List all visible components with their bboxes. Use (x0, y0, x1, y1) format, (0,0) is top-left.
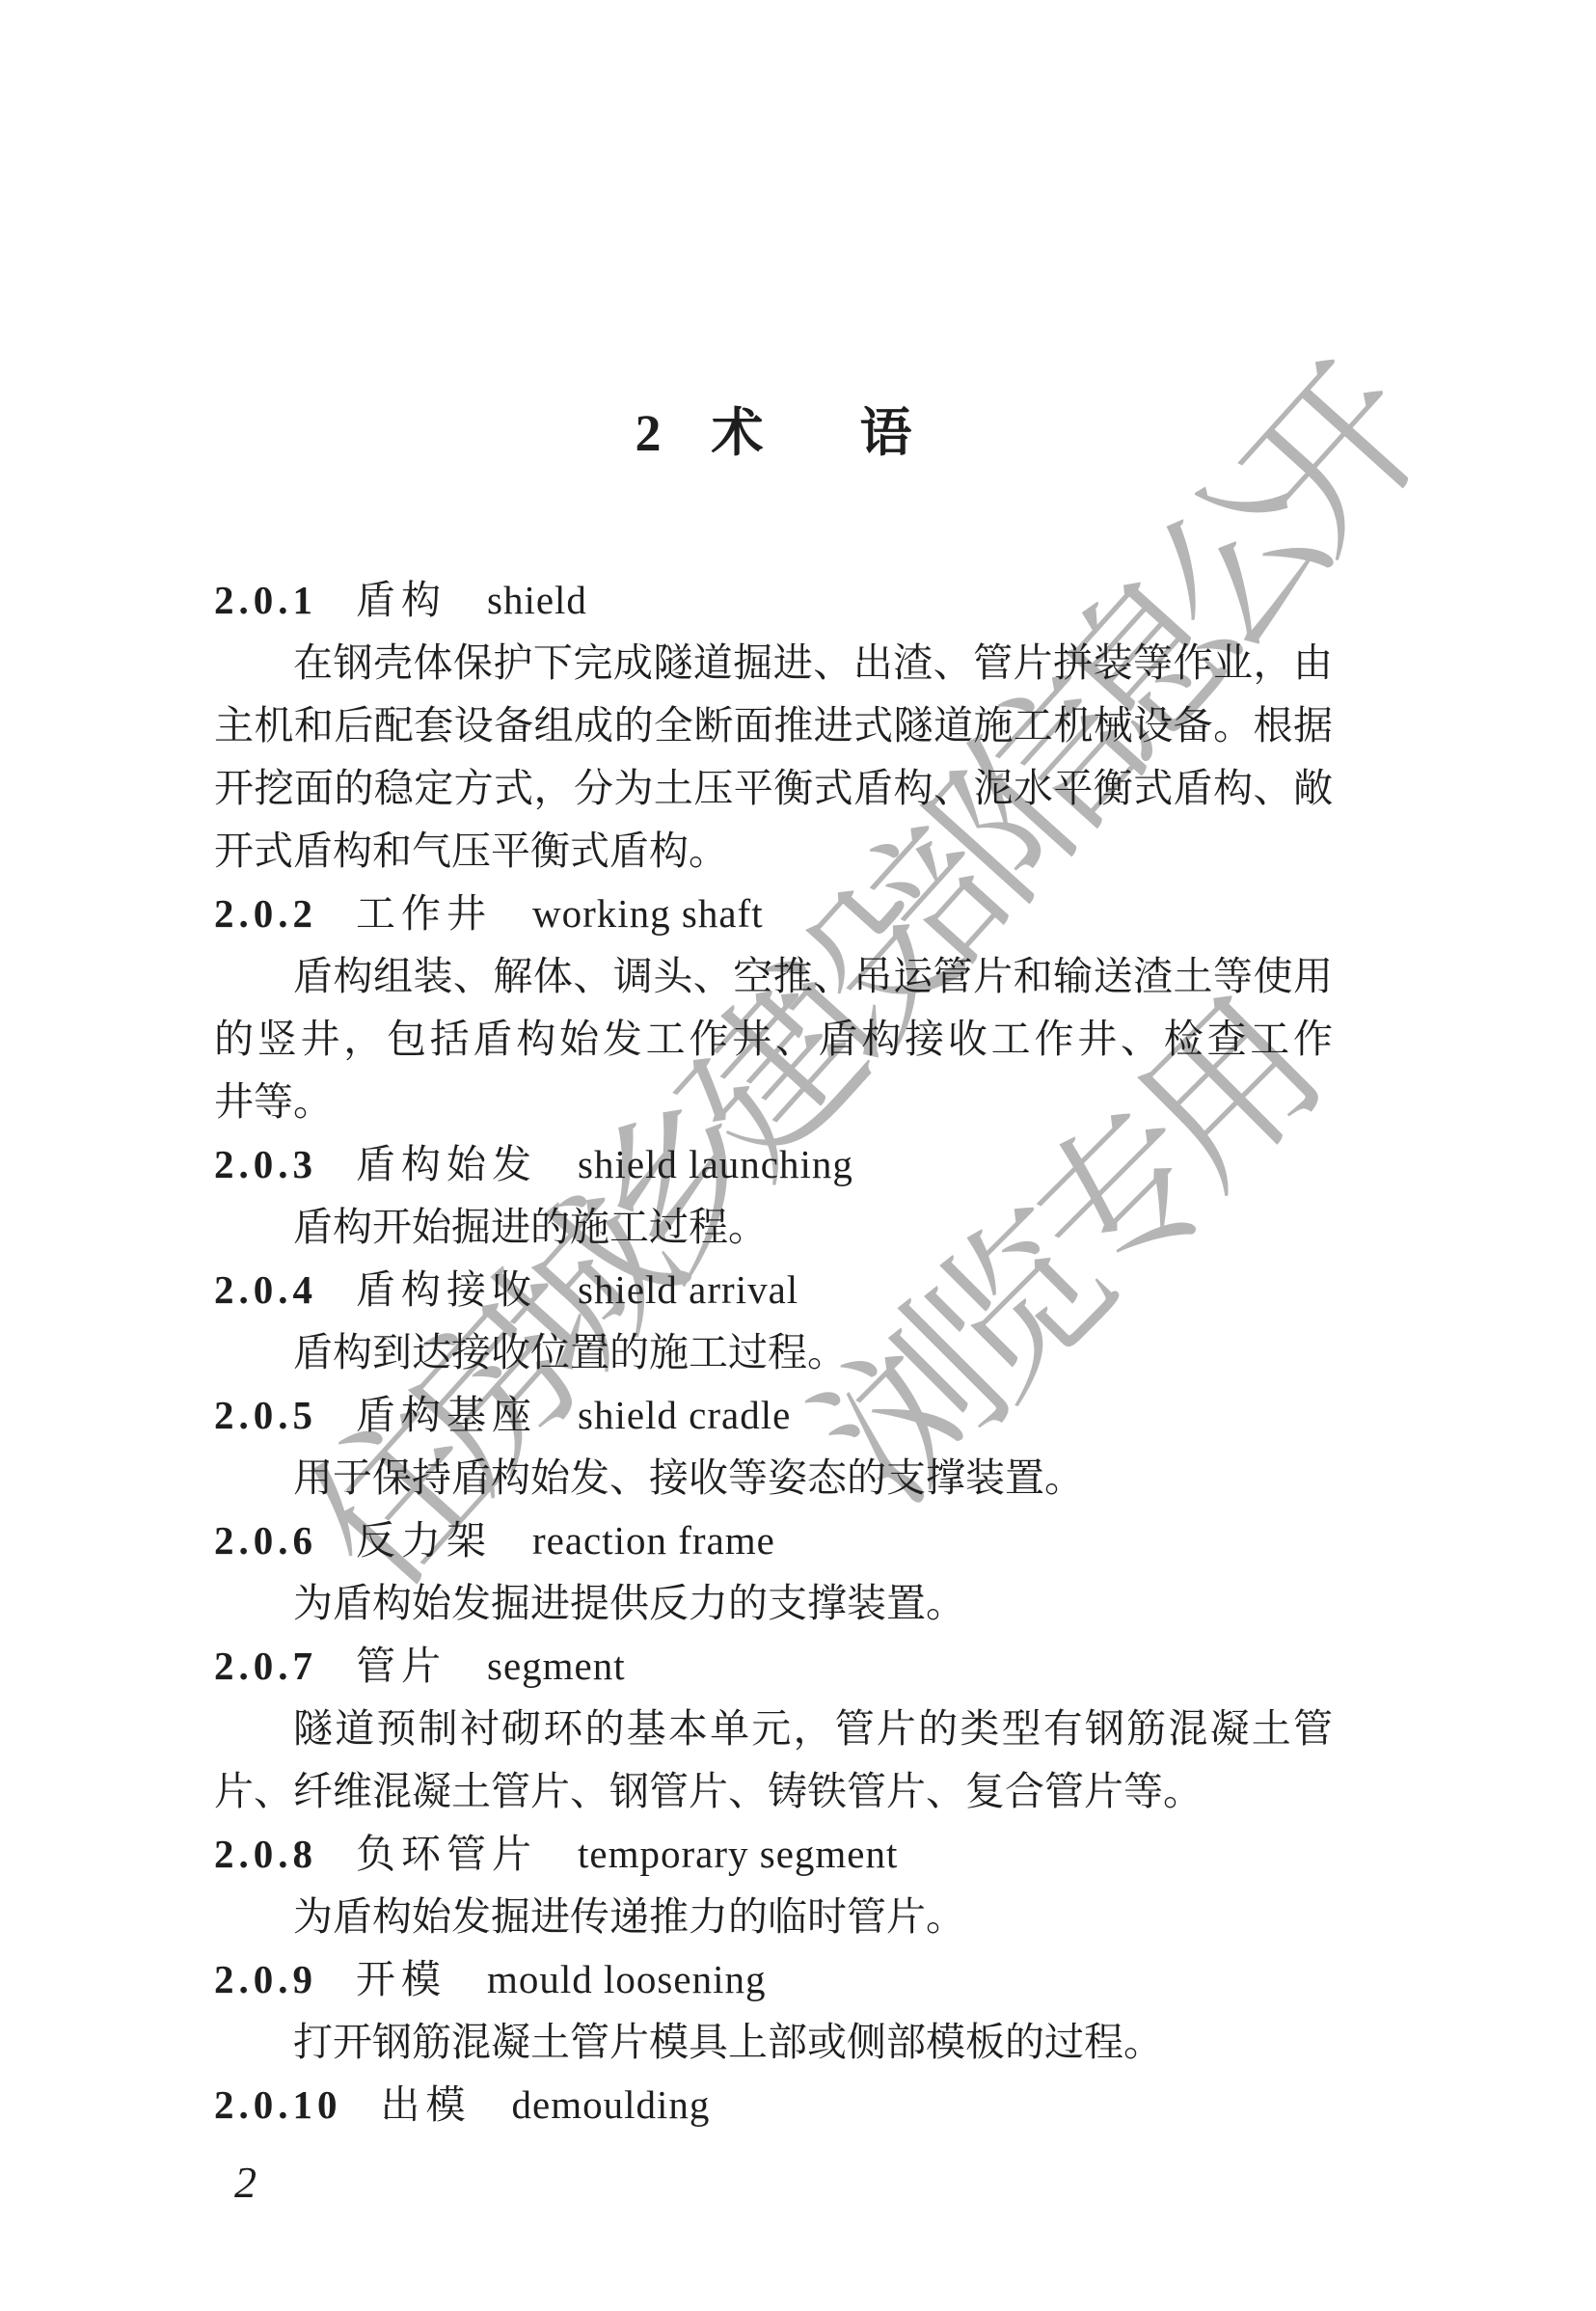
term-chinese: 开模 (356, 1948, 446, 2011)
definition-line: 的竖井，包括盾构始发工作井、盾构接收工作井、检查工作 (214, 1008, 1333, 1071)
term-section: 2.0.3 盾构始发 shield launching 盾构开始掘进的施工过程。 (214, 1133, 1333, 1259)
term-heading: 2.0.8 负环管片 temporary segment (214, 1823, 1333, 1886)
definition-line: 开式盾构和气压平衡式盾构。 (214, 820, 1333, 883)
term-heading: 2.0.9 开模 mould loosening (214, 1948, 1333, 2011)
definition-line: 在钢壳体保护下完成隧道掘进、出渣、管片拼装等作业，由 (214, 632, 1333, 694)
term-chinese: 反力架 (356, 1509, 492, 1572)
term-section: 2.0.4 盾构接收 shield arrival 盾构到达接收位置的施工过程。 (214, 1259, 1333, 1384)
term-english: shield (487, 569, 587, 632)
chapter-title-char-2: 语 (860, 401, 912, 465)
term-english: segment (487, 1635, 626, 1698)
term-english: temporary segment (578, 1823, 898, 1886)
section-number: 2.0.9 (214, 1948, 317, 2011)
section-number: 2.0.6 (214, 1509, 317, 1572)
definition-line: 盾构开始掘进的施工过程。 (214, 1196, 1333, 1259)
term-heading: 2.0.5 盾构基座 shield cradle (214, 1384, 1333, 1447)
term-chinese: 盾构接收 (356, 1259, 537, 1321)
term-english: demoulding (512, 2074, 711, 2136)
term-chinese: 工作井 (356, 883, 492, 945)
definition-line: 隧道预制衬砌环的基本单元，管片的类型有钢筋混凝土管 (214, 1698, 1333, 1760)
term-chinese: 盾构 (356, 569, 446, 632)
term-chinese: 盾构始发 (356, 1133, 537, 1196)
term-section: 2.0.1 盾构 shield 在钢壳体保护下完成隧道掘进、出渣、管片拼装等作业… (214, 569, 1333, 883)
term-chinese: 管片 (356, 1635, 446, 1698)
term-section: 2.0.2 工作井 working shaft 盾构组装、解体、调头、空推、吊运… (214, 883, 1333, 1133)
definition-line: 盾构组装、解体、调头、空推、吊运管片和输送渣土等使用 (214, 945, 1333, 1008)
section-number: 2.0.1 (214, 569, 317, 632)
term-english: shield launching (578, 1133, 853, 1196)
term-chinese: 盾构基座 (356, 1384, 537, 1447)
page-number: 2 (234, 2159, 257, 2207)
term-heading: 2.0.10 出模 demoulding (214, 2074, 1333, 2136)
term-english: working shaft (532, 883, 764, 945)
chapter-title: 2 术 语 (214, 401, 1333, 465)
term-heading: 2.0.7 管片 segment (214, 1635, 1333, 1698)
term-section: 2.0.7 管片 segment 隧道预制衬砌环的基本单元，管片的类型有钢筋混凝… (214, 1635, 1333, 1823)
term-english: reaction frame (532, 1509, 775, 1572)
term-section: 2.0.5 盾构基座 shield cradle 用于保持盾构始发、接收等姿态的… (214, 1384, 1333, 1509)
chapter-number: 2 (636, 401, 662, 465)
section-number: 2.0.2 (214, 883, 317, 945)
term-heading: 2.0.1 盾构 shield (214, 569, 1333, 632)
term-heading: 2.0.6 反力架 reaction frame (214, 1509, 1333, 1572)
term-section: 2.0.6 反力架 reaction frame 为盾构始发掘进提供反力的支撑装… (214, 1509, 1333, 1635)
terminology-content: 2.0.1 盾构 shield 在钢壳体保护下完成隧道掘进、出渣、管片拼装等作业… (214, 569, 1333, 2136)
term-english: shield arrival (578, 1259, 798, 1321)
definition-line: 打开钢筋混凝土管片模具上部或侧部模板的过程。 (214, 2011, 1333, 2074)
definition-line: 开挖面的稳定方式，分为土压平衡式盾构、泥水平衡式盾构、敞 (214, 757, 1333, 820)
term-heading: 2.0.2 工作井 working shaft (214, 883, 1333, 945)
definition-line: 主机和后配套设备组成的全断面推进式隧道施工机械设备。根据 (214, 694, 1333, 757)
definition-line: 为盾构始发掘进传递推力的临时管片。 (214, 1886, 1333, 1948)
term-chinese: 负环管片 (356, 1823, 537, 1886)
term-heading: 2.0.4 盾构接收 shield arrival (214, 1259, 1333, 1321)
definition-line: 用于保持盾构始发、接收等姿态的支撑装置。 (214, 1447, 1333, 1509)
term-section: 2.0.10 出模 demoulding (214, 2074, 1333, 2136)
term-english: mould loosening (487, 1948, 766, 2011)
section-number: 2.0.3 (214, 1133, 317, 1196)
section-number: 2.0.8 (214, 1823, 317, 1886)
chapter-title-char-1: 术 (712, 401, 764, 465)
definition-line: 片、纤维混凝土管片、钢管片、铸铁管片、复合管片等。 (214, 1760, 1333, 1823)
term-heading: 2.0.3 盾构始发 shield launching (214, 1133, 1333, 1196)
section-number: 2.0.7 (214, 1635, 317, 1698)
document-page: 住房城乡建设部信息公开 浏览专用 2 术 语 2.0.1 盾构 shield 在… (0, 0, 1596, 2311)
term-chinese: 出模 (381, 2074, 472, 2136)
term-section: 2.0.8 负环管片 temporary segment 为盾构始发掘进传递推力… (214, 1823, 1333, 1948)
definition-line: 为盾构始发掘进提供反力的支撑装置。 (214, 1572, 1333, 1635)
section-number: 2.0.4 (214, 1259, 317, 1321)
section-number: 2.0.10 (214, 2074, 342, 2136)
term-section: 2.0.9 开模 mould loosening 打开钢筋混凝土管片模具上部或侧… (214, 1948, 1333, 2074)
definition-line: 井等。 (214, 1071, 1333, 1133)
term-english: shield cradle (578, 1384, 791, 1447)
definition-line: 盾构到达接收位置的施工过程。 (214, 1321, 1333, 1384)
section-number: 2.0.5 (214, 1384, 317, 1447)
